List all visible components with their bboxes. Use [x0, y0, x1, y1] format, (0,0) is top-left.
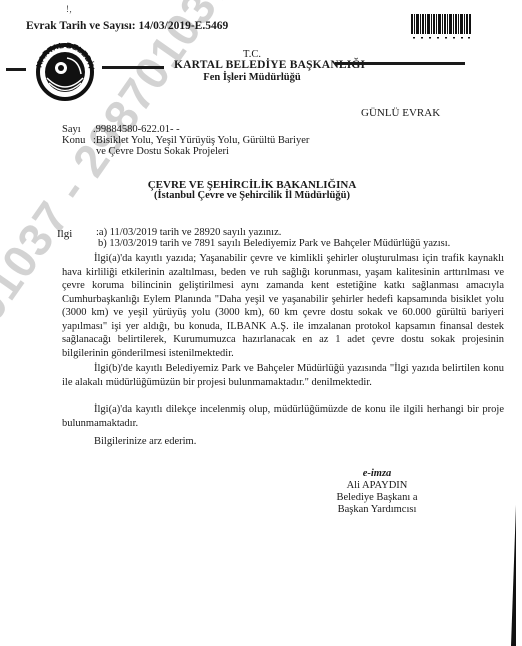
body-paragraph-1: İlgi(a)'da kayıtlı yazıda; Yaşanabilir ç… [62, 252, 504, 360]
classification-label: GÜNLÜ EVRAK [361, 107, 440, 119]
department-name: Fen İşleri Müdürlüğü [203, 72, 300, 83]
recipient-directorate: (İstanbul Çevre ve Şehircilik İl Müdürlü… [154, 190, 350, 201]
konu-value-continued: ve Çevre Dostu Sokak Projeleri [96, 146, 229, 157]
document-date-number: Evrak Tarih ve Sayısı: 14/03/2019-E.5469 [26, 20, 228, 32]
header-rule-left [6, 68, 26, 71]
scan-edge-shadow [511, 505, 516, 646]
body-paragraph-3: İlgi(a)'da kayıtlı dilekçe incelenmiş ol… [62, 403, 504, 430]
closing-line: Bilgilerinize arz ederim. [94, 436, 196, 447]
konu-value: :Bisiklet Yolu, Yeşil Yürüyüş Yolu, Gürü… [93, 135, 309, 146]
signatory-title-2: Başkan Yardımcısı [312, 504, 442, 516]
signatory-title: Belediye Başkanı a [312, 492, 442, 504]
reference-label: Ilgi [57, 228, 72, 240]
konu-label: Konu [62, 135, 85, 146]
header-rule-middle [102, 66, 164, 69]
header-rule-right [335, 62, 465, 65]
sayi-label: Sayı [62, 124, 81, 135]
body-paragraph-2: İlgi(b)'de kayıtlı Belediyemiz Park ve B… [62, 362, 504, 389]
e-signature-label: e-imza [312, 468, 442, 480]
barcode-icon [411, 14, 471, 40]
reference-a: :a) 11/03/2019 tarih ve 28920 sayılı yaz… [96, 227, 281, 238]
institution-name: KARTAL BELEDİYE BAŞKANLIĞI [174, 59, 365, 71]
document-page: 01037 - 298701037 - 298701037 - 2987 !‚ … [0, 0, 522, 646]
signatory-name: Ali APAYDIN [312, 480, 442, 492]
signature-block: e-imza Ali APAYDIN Belediye Başkanı a Ba… [312, 468, 442, 516]
reference-b: b) 13/03/2019 tarih ve 7891 sayılı Beled… [98, 238, 450, 249]
corner-mark: !‚ [66, 4, 72, 14]
sayi-value: .99884580-622.01- - [93, 124, 180, 135]
kartal-logo-icon: KARTAL BELEDİYESİ [33, 38, 97, 102]
